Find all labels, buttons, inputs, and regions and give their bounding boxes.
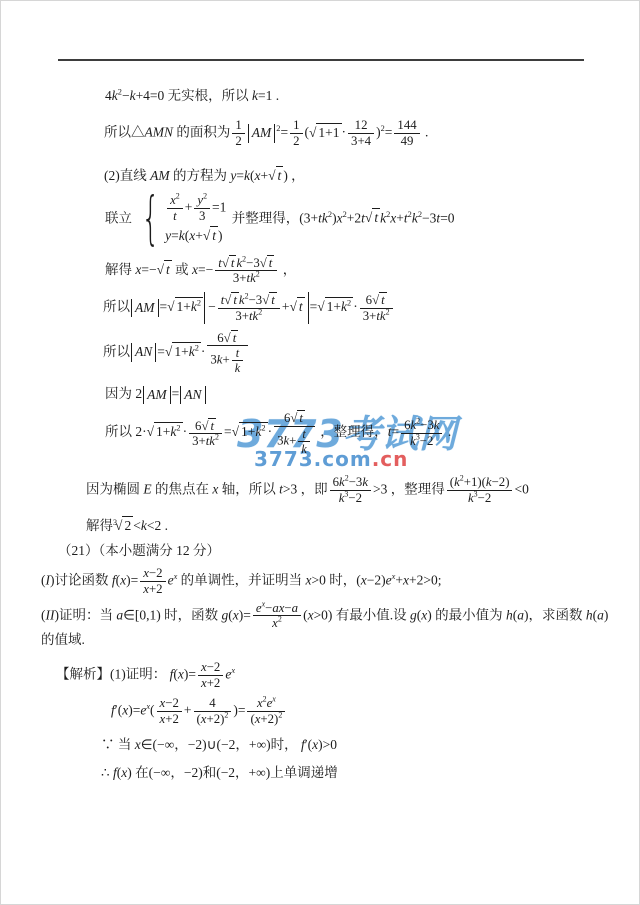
- therefore-line: ∴ f(x) 在(−∞，−2)和(−2，+∞)上单调递增: [101, 764, 640, 782]
- problem-21-part2: (II)证明：当 a∈[0,1) 时，函数 g(x)=ex−ax−ax2(x>0…: [41, 601, 619, 650]
- solution-line-8: 因为 2AM=AN: [105, 385, 640, 404]
- document-page: 3773考试网 3773.com.cn 4k2−k+4=0 无实根，所以 k=1…: [0, 0, 640, 905]
- analysis-heading: 【解析】(1)证明： f(x)=x−2x+2ex: [56, 660, 640, 691]
- solution-line-1: 4k2−k+4=0 无实根，所以 k=1 .: [105, 87, 640, 105]
- solution-line-5: 解得 x=−√t 或 x=−t√tk2−3√t3+tk2 ，: [105, 255, 640, 287]
- solution-line-7: 所以AN=√1+k2·6√t3k+tk: [103, 330, 640, 376]
- because-line: ∵ 当 x∈(−∞，−2)∪(−2，+∞)时， f′(x)>0: [101, 736, 640, 754]
- solution-line-11: 解得3√2<k<2 .: [86, 516, 640, 535]
- problem-21-part1: (I)讨论函数 f(x)=x−2x+2ex 的单调性，并证明当 x>0 时，(x…: [41, 566, 616, 597]
- solution-line-3: (2)直线 AM 的方程为 y=k(x+√t) ，: [104, 166, 640, 185]
- solution-line-9: 所以 2·√1+k2·6√t3+tk2=√1+k2·6√t3k+tk ，整理得，…: [105, 410, 640, 456]
- problem-21-heading: （21）（本小题满分 12 分）: [58, 542, 640, 560]
- derivative-line: f′(x)=ex(x−2x+2+4(x+2)2)=x2ex(x+2)2: [111, 696, 640, 727]
- solution-line-4: 联立{x2t+y23=1y=k(x+√t) 并整理得，(3+tk2)x2+2t√…: [105, 193, 625, 246]
- solution-line-2: 所以△AMN 的面积为12AM2=12(√1+1·123+4)2=14449 .: [104, 118, 640, 149]
- solution-line-10: 因为椭圆 E 的焦点在 x 轴，所以 t>3 ，即6k2−3kk3−2>3 ，整…: [86, 475, 640, 506]
- solution-text: 4k2−k+4=0 无实根，所以 k=1 . 所以△AMN 的面积为12AM2=…: [1, 1, 640, 782]
- solution-line-6: 所以AM=√1+k2−t√tk2−3√t3+tk2+√t=√1+k2·6√t3+…: [103, 292, 640, 324]
